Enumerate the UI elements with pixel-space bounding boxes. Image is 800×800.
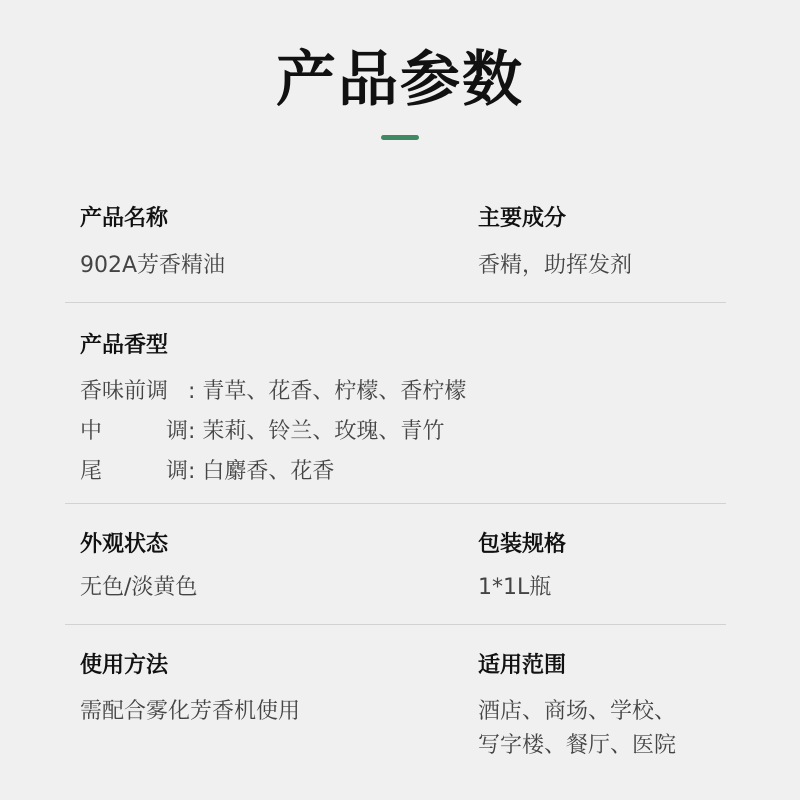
note-key: 香味前调: [80, 375, 188, 409]
param-label: 产品名称: [80, 204, 168, 234]
param-value: 902A芳香精油: [80, 249, 225, 283]
note-key: 尾调: [80, 455, 188, 489]
note-sep: :: [188, 459, 195, 484]
param-label: 使用方法: [80, 651, 168, 681]
param-value: 需配合雾化芳香机使用: [80, 695, 300, 729]
title-accent-bar: [381, 135, 419, 140]
note-value: 青草、花香、柠檬、香柠檬: [202, 379, 466, 404]
scent-note-middle: 中调: 茉莉、铃兰、玫瑰、青竹: [80, 415, 444, 449]
param-label: 包装规格: [478, 530, 566, 560]
note-key: 中调: [80, 415, 188, 449]
param-label: 适用范围: [478, 651, 566, 681]
divider: [65, 302, 726, 303]
note-key-part: 中: [80, 415, 102, 449]
param-value: 1*1L瓶: [478, 571, 551, 605]
note-key-part: 尾: [80, 455, 102, 489]
note-value: 茉莉、铃兰、玫瑰、青竹: [202, 419, 444, 444]
param-value-line1: 酒店、商场、学校、: [478, 695, 676, 729]
param-label: 外观状态: [80, 530, 168, 560]
scent-note-base: 尾调: 白麝香、花香: [80, 455, 334, 489]
param-value-line2: 写字楼、餐厅、医院: [478, 729, 676, 763]
note-value: 白麝香、花香: [202, 459, 334, 484]
note-sep: :: [188, 419, 195, 444]
divider: [65, 503, 726, 504]
note-sep: :: [188, 379, 195, 404]
divider: [65, 624, 726, 625]
page-title: 产品参数: [0, 42, 800, 118]
param-label: 产品香型: [80, 331, 168, 361]
note-key-part: 调: [166, 415, 188, 449]
note-key-part: 调: [166, 455, 188, 489]
scent-note-top: 香味前调: 青草、花香、柠檬、香柠檬: [80, 375, 466, 409]
param-value: 香精，助挥发剂: [478, 249, 632, 283]
param-value: 无色/淡黄色: [80, 571, 197, 605]
param-label: 主要成分: [478, 204, 566, 234]
